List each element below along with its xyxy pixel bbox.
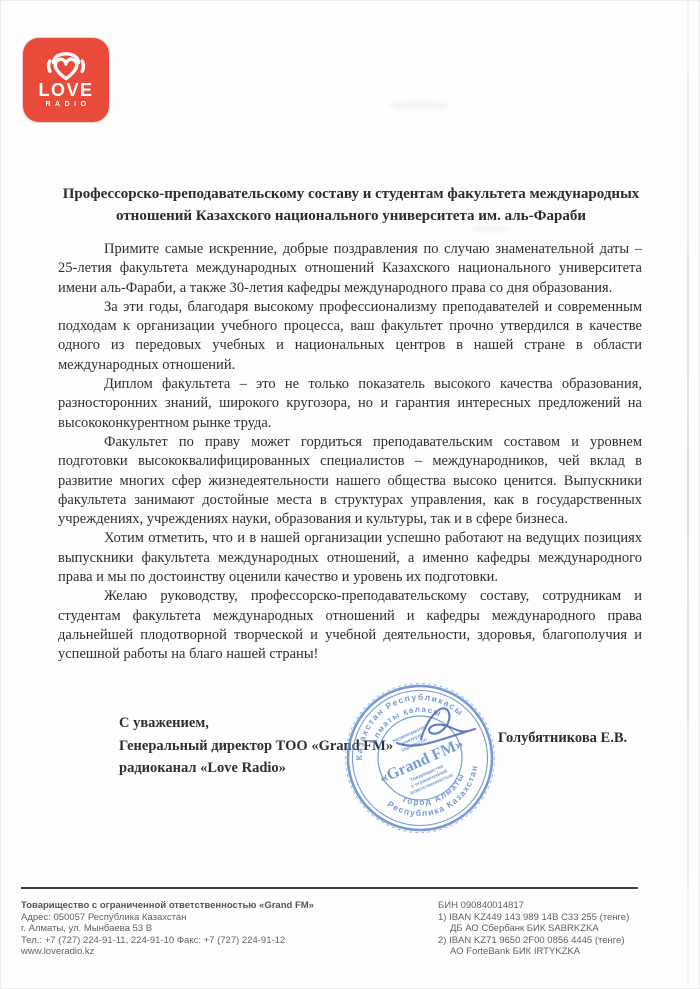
scan-smudge bbox=[389, 101, 449, 109]
letter-paragraph: Диплом факультета – это не только показа… bbox=[58, 375, 642, 433]
footer-bank-line: АО ForteBank БИК IRTYKZKA bbox=[438, 946, 629, 958]
footer-address-line: г. Алматы, ул. Мынбаева 53 В bbox=[21, 923, 438, 935]
letter-paragraph: За эти годы, благодаря высокому професси… bbox=[58, 298, 642, 375]
footer-address-line: Адрес: 050057 Республика Казахстан bbox=[21, 912, 438, 924]
footer: Товарищество с ограниченной ответственно… bbox=[21, 887, 683, 958]
footer-bin: БИН 090840014817 bbox=[438, 900, 629, 912]
footer-phone-line: Тел.: +7 (727) 224-91-11, 224-91-10 Факс… bbox=[21, 935, 438, 947]
footer-website: www.loveradio.kz bbox=[21, 946, 438, 958]
footer-separator bbox=[21, 887, 638, 889]
letter-body: Примите самые искренние, добрые поздравл… bbox=[58, 240, 642, 665]
footer-bank-details: БИН 090840014817 1) IBAN KZ449 143 989 1… bbox=[438, 900, 629, 958]
footer-iban-line: 2) IBAN KZ71 9650 2F00 0856 4445 (тенге) bbox=[438, 935, 629, 947]
letter-paragraph: Хотим отметить, что и в нашей организаци… bbox=[58, 529, 642, 587]
logo-radio-text: RADIO bbox=[41, 101, 90, 108]
footer-bank-line: ДБ АО Сбербанк БИК SABRKZKA bbox=[438, 923, 629, 935]
letter-heading: Профессорско-преподавательскому составу … bbox=[51, 184, 651, 227]
love-radio-logo: LOVE RADIO bbox=[23, 38, 109, 122]
signature-scribble bbox=[383, 691, 483, 763]
letter-paragraph: Примите самые искренние, добрые поздравл… bbox=[58, 240, 642, 298]
signer-name: Голубятникова Е.В. bbox=[498, 730, 627, 747]
footer-company-name: Товарищество с ограниченной ответственно… bbox=[21, 900, 438, 912]
heart-headphones-icon bbox=[44, 45, 88, 83]
footer-iban-line: 1) IBAN KZ449 143 989 14B C33 255 (тенге… bbox=[438, 912, 629, 924]
letter-paragraph: Желаю руководству, профессорско-преподав… bbox=[58, 587, 642, 664]
scan-edge-shadow bbox=[687, 1, 689, 988]
logo-love-text: LOVE bbox=[38, 81, 93, 99]
letter-paragraph: Факультет по праву может гордиться препо… bbox=[58, 433, 642, 529]
footer-company-details: Товарищество с ограниченной ответственно… bbox=[21, 900, 438, 958]
scanned-letter-page: LOVE RADIO Профессорско-преподавательско… bbox=[0, 0, 700, 989]
